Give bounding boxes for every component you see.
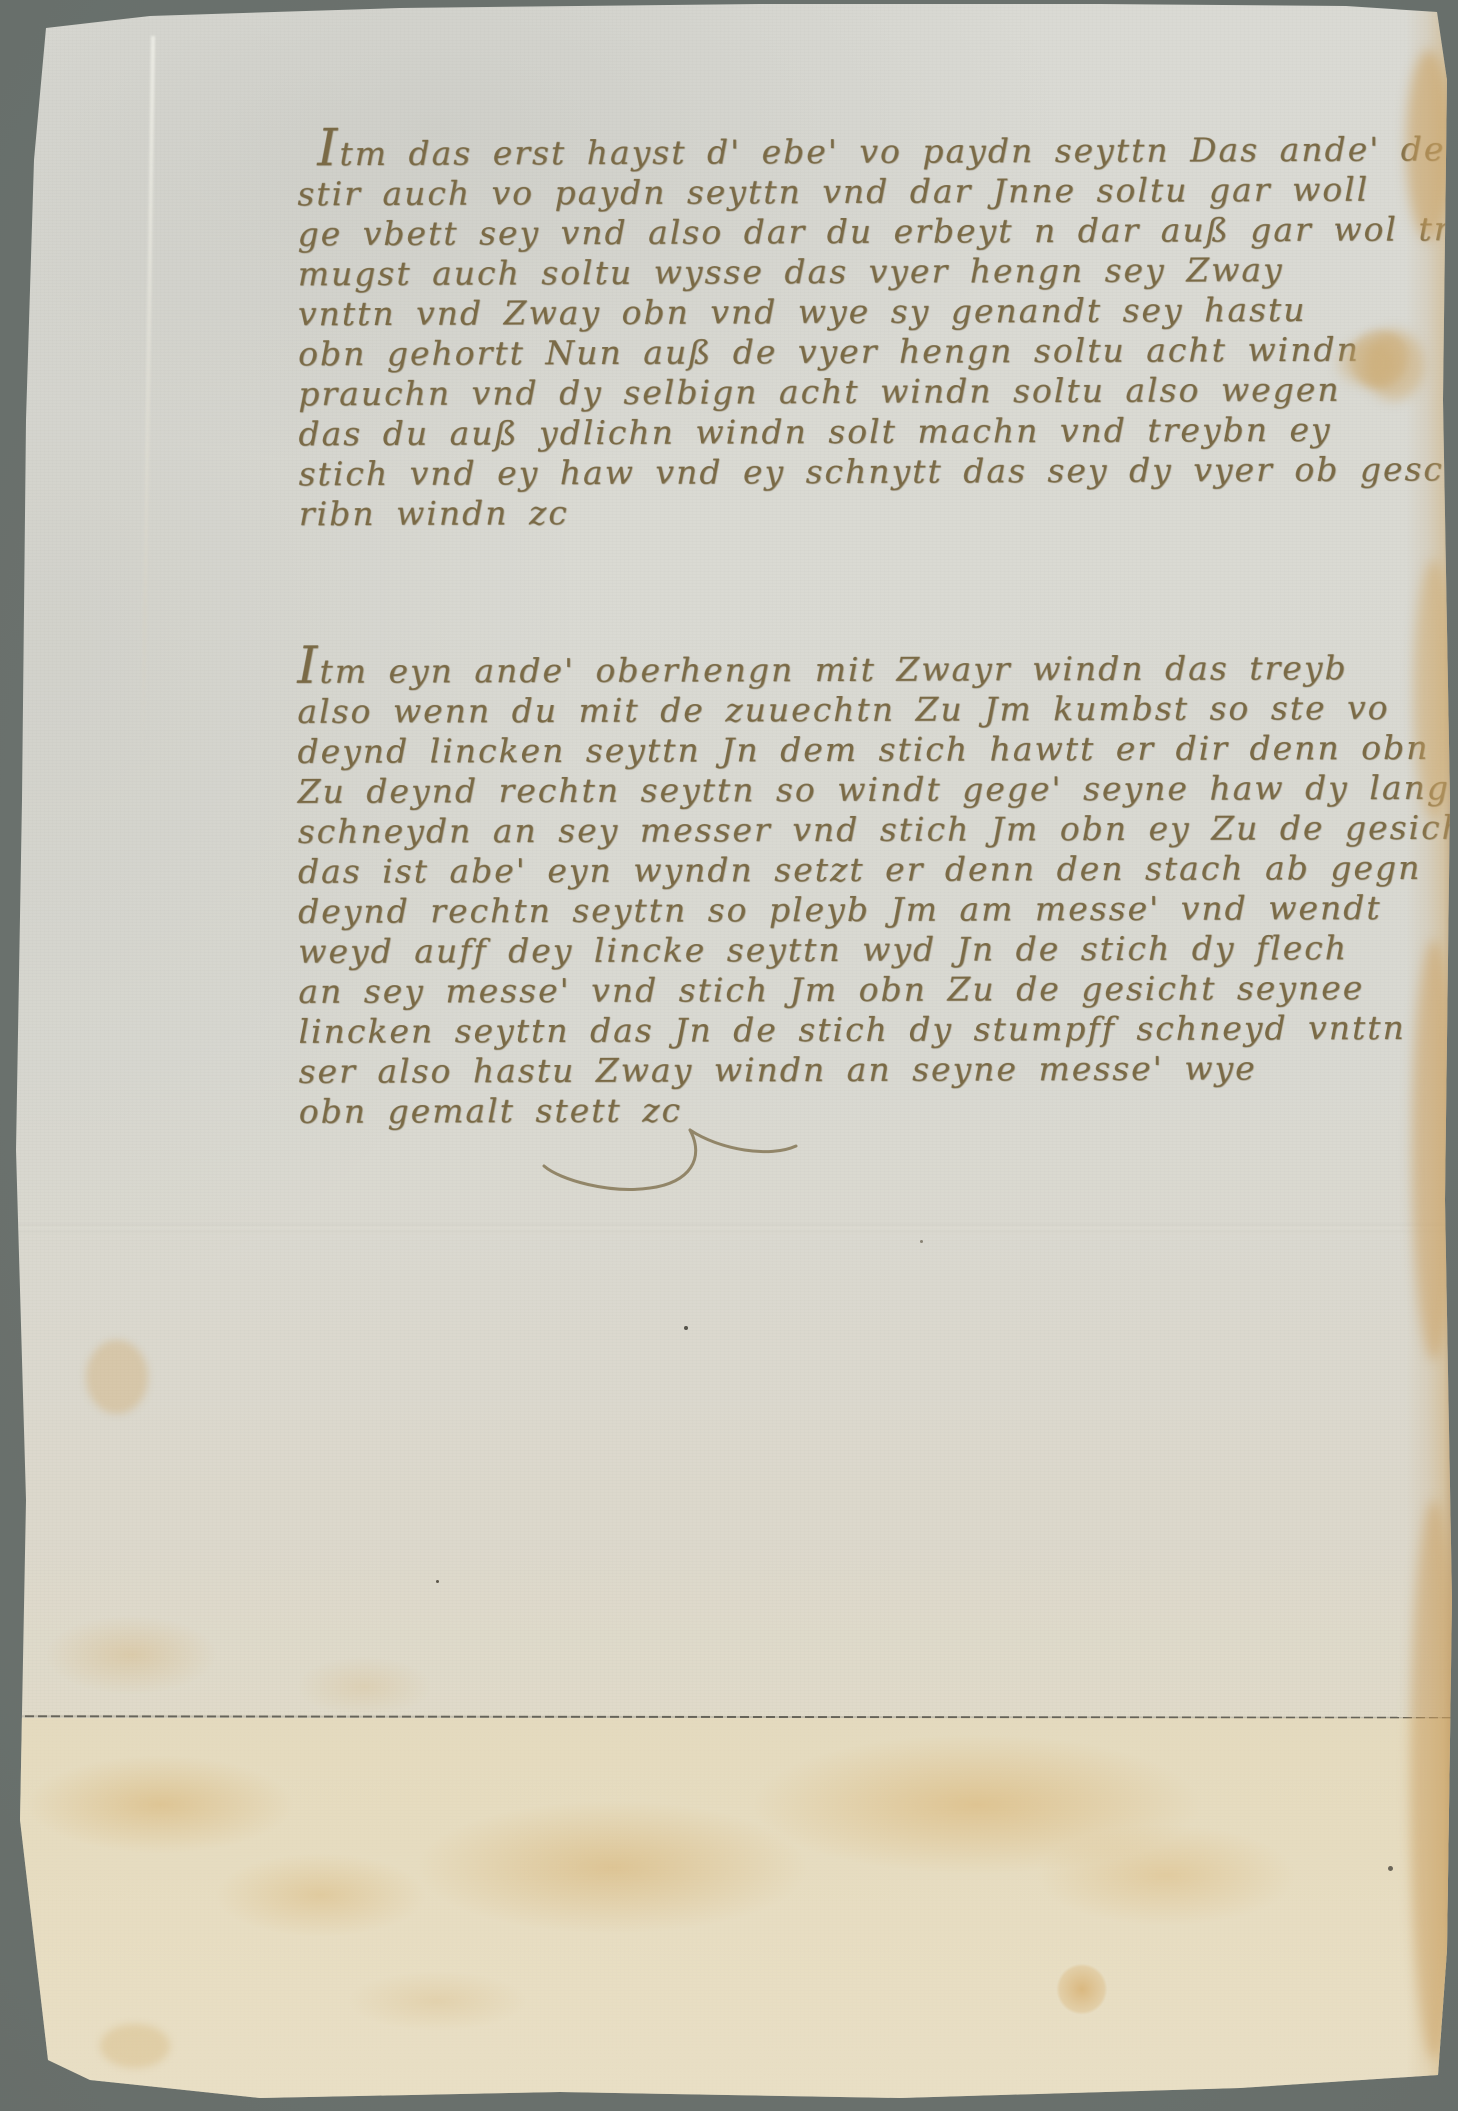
text-line: Zu deynd rechtn seyttn so windt gege' se… — [298, 768, 1378, 812]
edge-stain — [1406, 50, 1452, 240]
text-line: Itm eyn ande' oberhengn mit Zwayr windn … — [297, 648, 1377, 692]
edge-stain — [1414, 560, 1454, 820]
ink-speck — [436, 1580, 439, 1583]
stain-spot — [86, 1340, 148, 1414]
text-line: stich vnd ey haw vnd ey schnytt das sey … — [299, 450, 1379, 495]
ink-speck — [920, 1240, 923, 1243]
foxing-stains — [0, 1718, 1458, 2111]
text-line: also wenn du mit de zuuechtn Zu Jm kumbs… — [297, 688, 1377, 732]
text-line: ribn windn zc — [299, 490, 1379, 535]
text-line: schneydn an sey messer vnd stich Jm obn … — [298, 808, 1378, 852]
text-line: das ist abe' eyn wyndn setzt er denn den… — [298, 848, 1378, 892]
edge-stain — [1412, 940, 1456, 1360]
text-line: vnttn vnd Zway obn vnd wye sy genandt se… — [298, 290, 1378, 335]
paragraph-2: Itm eyn ande' oberhengn mit Zwayr windn … — [297, 648, 1379, 1132]
text-line: obn gehortt Nun auß de vyer hengn soltu … — [298, 330, 1378, 375]
stain-spot — [100, 2024, 170, 2068]
foxing-stains-upper — [0, 1560, 1458, 1718]
text-line: an sey messe' vnd stich Jm obn Zu de ges… — [298, 968, 1378, 1012]
text-line: obn gemalt stett zc — [299, 1088, 1379, 1132]
text-line: lincken seyttn das Jn de stich dy stumpf… — [298, 1008, 1378, 1052]
text-line: prauchn vnd dy selbign acht windn soltu … — [298, 370, 1378, 415]
text-line: ge vbett sey vnd also dar du erbeyt n da… — [297, 210, 1377, 255]
text-line: ser also hastu Zway windn an seyne messe… — [299, 1048, 1379, 1092]
text-line: das du auß ydlichn windn solt machn vnd … — [298, 410, 1378, 455]
ink-speck — [1337, 226, 1340, 229]
text-line: Itm das erst hayst d' ebe' vo paydn seyt… — [297, 130, 1377, 175]
pen-flourish — [540, 1128, 800, 1198]
horizontal-crease — [0, 1224, 1458, 1232]
photograph-backdrop: Itm das erst hayst d' ebe' vo paydn seyt… — [0, 0, 1458, 2111]
text-line: deynd rechtn seyttn so pleyb Jm am messe… — [298, 888, 1378, 932]
ink-speck — [684, 1326, 688, 1330]
text-line: weyd auff dey lincke seyttn wyd Jn de st… — [298, 928, 1378, 972]
ink-speck — [1388, 1866, 1393, 1871]
paragraph-1: Itm das erst hayst d' ebe' vo paydn seyt… — [297, 130, 1379, 535]
manuscript-page: Itm das erst hayst d' ebe' vo paydn seyt… — [0, 0, 1458, 2111]
text-line: deynd lincken seyttn Jn dem stich hawtt … — [297, 728, 1377, 772]
text-line: mugst auch soltu wysse das vyer hengn se… — [298, 250, 1378, 295]
edge-stain — [1338, 340, 1398, 386]
edge-stain — [1410, 1500, 1458, 2060]
text-line: stir auch vo paydn seyttn vnd dar Jnne s… — [297, 170, 1377, 215]
